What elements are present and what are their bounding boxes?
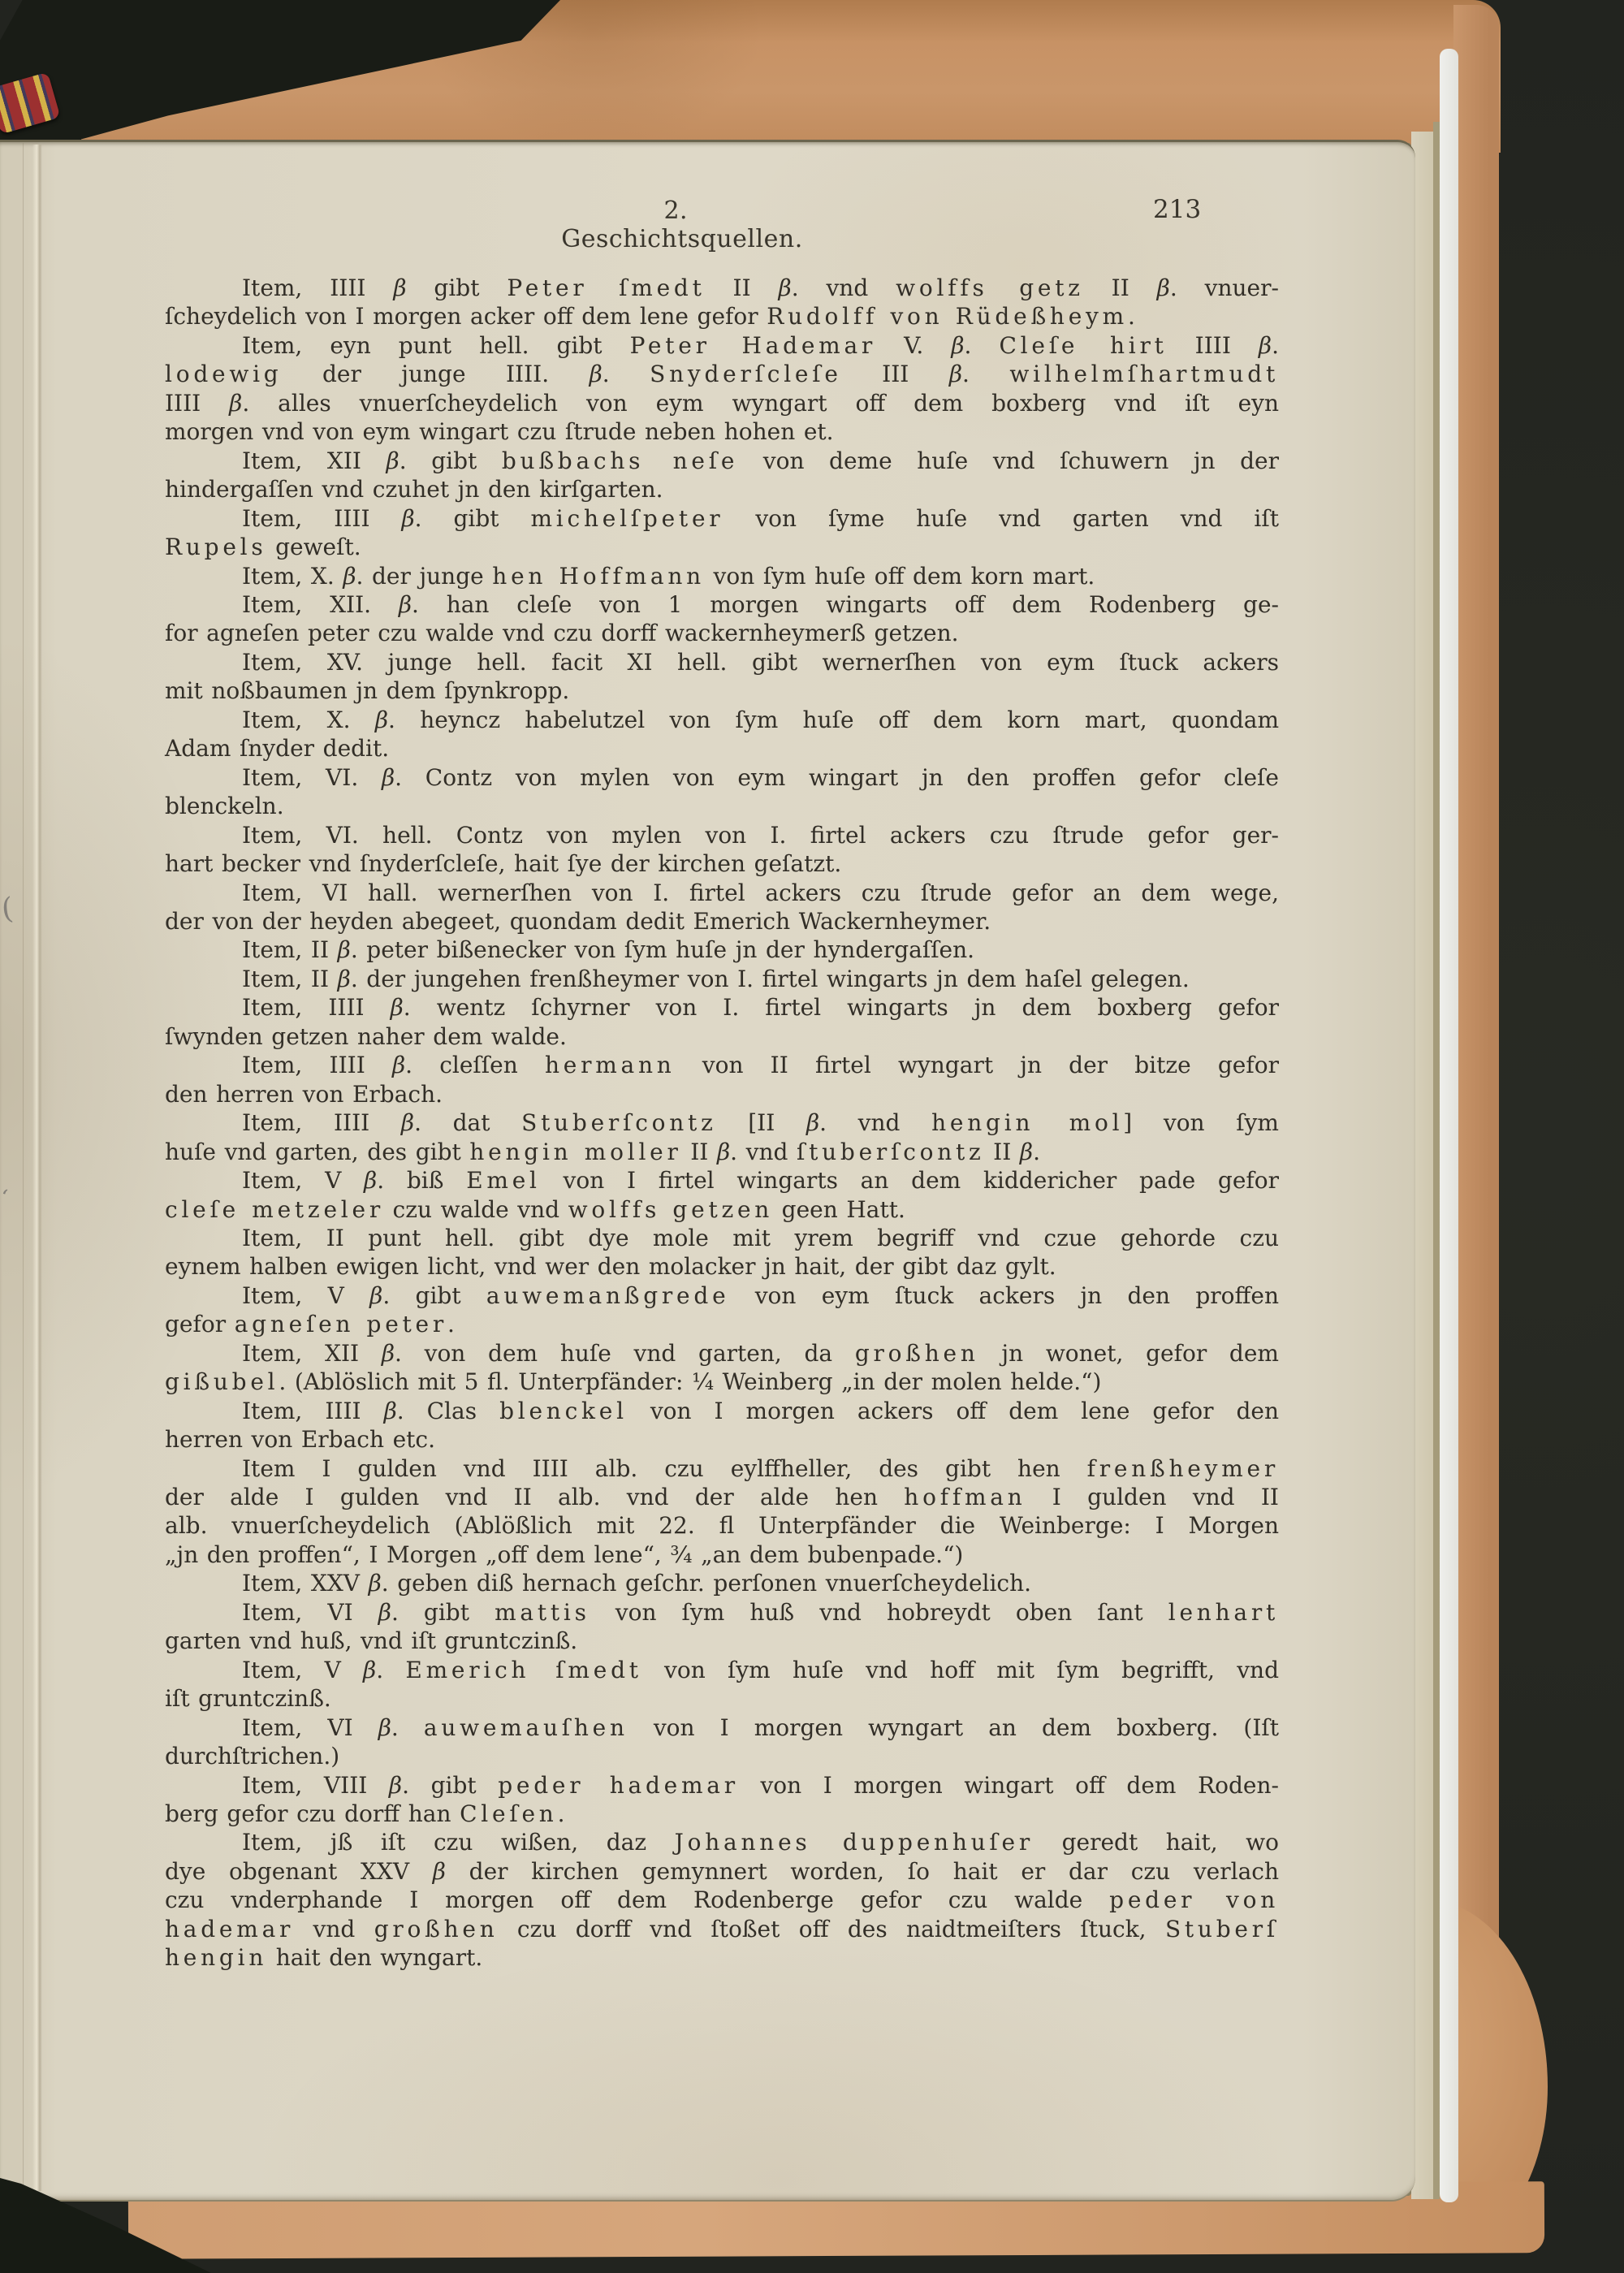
letterspaced-name: bußbachs neſe <box>502 447 738 474</box>
schilling-sign: β <box>375 707 388 733</box>
letterspaced-name: Johannes duppenhuſer <box>675 1829 1034 1856</box>
letterspaced-name: Stuberſ <box>1165 1916 1279 1942</box>
text-line: Item, XXV β. geben diß hernach geſchr. p… <box>165 1569 1279 1597</box>
running-head-section-title: 2. Geschichtsquellen. <box>560 197 804 253</box>
letterspaced-name: hengin <box>165 1944 267 1971</box>
text-line: hart becker vnd ſnyderſcleſe, hait ſye d… <box>165 849 1279 878</box>
text-line: Item, XII β. von dem huſe vnd garten, da… <box>165 1339 1279 1368</box>
text-line: Item, jß iſt czu wißen, daz Johannes dup… <box>165 1828 1279 1856</box>
schilling-sign: β <box>393 274 406 301</box>
schilling-sign: β <box>369 1570 382 1597</box>
text-line: blenckeln. <box>165 792 1279 820</box>
text-line: Item, VI. hell. Contz von mylen von I. f… <box>165 821 1279 849</box>
letterspaced-name: hen Hoffmann <box>492 563 705 590</box>
schilling-sign: β <box>378 1599 391 1626</box>
letterspaced-name: hoffman <box>904 1484 1026 1510</box>
letterspaced-name: mattis <box>495 1599 590 1626</box>
schilling-sign: β <box>382 764 395 791</box>
letterspaced-name: lenhart <box>1168 1599 1279 1626</box>
letterspaced-name: frenßheymer <box>1087 1455 1279 1482</box>
text-line: ſcheydelich von I morgen acker off dem l… <box>165 302 1279 331</box>
text-line: Item, IIII β. cleſſen hermann von II fir… <box>165 1051 1279 1079</box>
letterspaced-name: auwemanßgrede <box>486 1282 730 1309</box>
page-stack-edge-line <box>1433 122 1440 2199</box>
text-line: Item, XV. junge hell. facit XI hell. gib… <box>165 648 1279 676</box>
letterspaced-name: auwemauſhen <box>424 1714 628 1741</box>
letterspaced-name: großhen <box>374 1916 499 1942</box>
letterspaced-name: wilhelmſhartmudt <box>1009 361 1279 387</box>
text-line: dye obgenant XXV β der kirchen gemynnert… <box>165 1857 1279 1886</box>
text-line: hademar vnd großhen czu dorff vnd ſtoßet… <box>165 1915 1279 1943</box>
text-line: lodewig der junge IIII. β. Snyderſcleſe … <box>165 360 1279 388</box>
text-line: „jn den proffen“, I Morgen „off dem lene… <box>165 1541 1279 1569</box>
text-line: mit noßbaumen jn dem ſpynkropp. <box>165 676 1279 705</box>
text-line: Item, V β. gibt auwemanßgrede von eym ſt… <box>165 1281 1279 1310</box>
schilling-sign: β <box>779 274 792 301</box>
letterspaced-name: Rudolff von Rüdeßheym <box>767 303 1128 330</box>
text-line: Item, V β. Emerich ſmedt von ſym huſe vn… <box>165 1656 1279 1684</box>
schilling-sign: β <box>229 390 242 417</box>
text-line: Item, XII. β. han cleſe von 1 morgen win… <box>165 590 1279 619</box>
schilling-sign: β <box>1259 332 1272 359</box>
text-line: ſwynden getzen naher dem walde. <box>165 1022 1279 1051</box>
schilling-sign: β <box>392 1052 405 1078</box>
letterspaced-name: Peter Hademar <box>630 332 877 359</box>
text-line: durchſtrichen.) <box>165 1742 1279 1770</box>
schilling-sign: β <box>717 1139 730 1165</box>
letterspaced-name: Peter ſmedt <box>507 274 705 301</box>
schilling-sign: β <box>401 505 414 532</box>
letterspaced-name: wolffs getz <box>896 274 1084 301</box>
text-line: Item, eyn punt hell. gibt Peter Hademar … <box>165 331 1279 360</box>
letterspaced-name: cleſe metzeler <box>165 1196 384 1223</box>
schilling-sign: β <box>949 361 962 387</box>
schilling-sign: β <box>387 447 400 474</box>
letterspaced-name: Stuberſcontz <box>521 1109 716 1136</box>
text-line: Item, X. β. der junge hen Hoffmann von ſ… <box>165 562 1279 590</box>
text-line: Item, II β. peter bißenecker von ſym huſ… <box>165 936 1279 964</box>
text-line: Item, II β. der jungehen frenßheymer von… <box>165 965 1279 993</box>
schilling-sign: β <box>399 591 412 618</box>
text-line: alb. vnuerſcheydelich (Ablößlich mit 22.… <box>165 1511 1279 1540</box>
gutter-crease <box>32 145 42 2191</box>
text-line: Item, II punt hell. gibt dye mole mit yr… <box>165 1224 1279 1252</box>
letterspaced-name: peder von <box>1109 1886 1279 1913</box>
letterspaced-name: Cleſe hirt <box>999 332 1167 359</box>
text-line: Item, IIII β. gibt michelſpeter von ſyme… <box>165 504 1279 533</box>
text-line: herren von Erbach etc. <box>165 1425 1279 1454</box>
page-number: 213 <box>1153 195 1226 224</box>
schilling-sign: β <box>369 1282 382 1309</box>
letterspaced-name: michelſpeter <box>530 505 723 532</box>
text-line: eynem halben ewigen licht, vnd wer den m… <box>165 1252 1279 1281</box>
text-line: iſt gruntczinß. <box>165 1684 1279 1713</box>
text-line: Item, X. β. heyncz habelutzel von ſym hu… <box>165 706 1279 734</box>
schilling-sign: β <box>389 1772 402 1799</box>
letterspaced-name: agneſen peter <box>235 1311 447 1337</box>
schilling-sign: β <box>338 966 351 992</box>
schilling-sign: β <box>806 1109 819 1136</box>
letterspaced-name: Snyderſcleſe <box>650 361 842 387</box>
letterspaced-name: lodewig <box>165 361 282 387</box>
text-line: czu vnderphande I morgen off dem Rodenbe… <box>165 1886 1279 1914</box>
letterspaced-name: großhen <box>855 1340 979 1367</box>
letterspaced-name: hengin mol <box>931 1109 1123 1136</box>
text-line: Item, XII β. gibt bußbachs neſe von deme… <box>165 447 1279 475</box>
text-line: huſe vnd garten, des gibt hengin moller … <box>165 1138 1279 1166</box>
schilling-sign: β <box>384 1398 397 1424</box>
letterspaced-name: Cleſen <box>460 1800 557 1827</box>
letterspaced-name: Emel <box>466 1167 541 1194</box>
text-line: Item, VI hall. wernerſhen von I. firtel … <box>165 879 1279 907</box>
schilling-sign: β <box>433 1858 446 1885</box>
text-line: berg gefor czu dorff han Cleſen. <box>165 1800 1279 1828</box>
schilling-sign: β <box>391 994 404 1021</box>
text-line: Item, IIII β. dat Stuberſcontz [II β. vn… <box>165 1108 1279 1137</box>
text-line: cleſe metzeler czu walde vnd wolffs getz… <box>165 1195 1279 1224</box>
text-line: Item, VIII β. gibt peder hademar von I m… <box>165 1771 1279 1800</box>
text-line: Adam ſnyder dedit. <box>165 734 1279 763</box>
text-line: der alde I gulden vnd II alb. vnd der al… <box>165 1483 1279 1511</box>
text-line: Item, VI β. gibt mattis von ſym huß vnd … <box>165 1598 1279 1627</box>
text-line: Item I gulden vnd IIII alb. czu eylffhel… <box>165 1454 1279 1483</box>
letterspaced-name: blenckel <box>499 1398 628 1424</box>
text-line: IIII β. alles vnuerſcheydelich von eym w… <box>165 389 1279 417</box>
text-line: Item, IIII β gibt Peter ſmedt II β. vnd … <box>165 274 1279 302</box>
text-line: morgen vnd von eym wingart czu ſtrude ne… <box>165 417 1279 446</box>
letterspaced-name: hermann <box>545 1052 676 1078</box>
text-line: for agneſen peter czu walde vnd czu dorf… <box>165 619 1279 647</box>
scanned-book-photo: { "header": { "section_title": "2.\u2002… <box>0 0 1624 2273</box>
letterspaced-name: Emerich ſmedt <box>405 1657 641 1683</box>
text-line: Item, IIII β. wentz ſchyrner von I. firt… <box>165 993 1279 1022</box>
letterspaced-name: hademar <box>165 1916 294 1942</box>
page-fold-line <box>23 143 24 2191</box>
letterspaced-name: gißubel <box>165 1368 279 1395</box>
schilling-sign: β <box>590 361 603 387</box>
text-line: der von der heyden abegeet, quondam dedi… <box>165 907 1279 936</box>
text-line: Item, VI. β. Contz von mylen von eym win… <box>165 763 1279 792</box>
schilling-sign: β <box>364 1167 377 1194</box>
schilling-sign: β <box>382 1340 395 1367</box>
text-line: gißubel. (Ablöslich mit 5 fl. Unterpfänd… <box>165 1368 1279 1396</box>
letterspaced-name: peder hademar <box>498 1772 739 1799</box>
schilling-sign: β <box>1020 1139 1033 1165</box>
schilling-sign: β <box>1157 274 1170 301</box>
page-stack-white-edge <box>1440 49 1458 2202</box>
text-line: hengin hait den wyngart. <box>165 1943 1279 1972</box>
schilling-sign: β <box>378 1714 391 1741</box>
text-line: Item, VI β. auwemauſhen von I morgen wyn… <box>165 1713 1279 1742</box>
letterspaced-name: Rupels <box>165 534 267 560</box>
body-text-block: Item, IIII β gibt Peter ſmedt II β. vnd … <box>165 274 1279 1973</box>
schilling-sign: β <box>951 332 964 359</box>
text-line: Item, IIII β. Clas blenckel von I morgen… <box>165 1397 1279 1425</box>
letterspaced-name: ſtuberſcontz <box>797 1139 985 1165</box>
schilling-sign: β <box>338 936 351 963</box>
text-line: gefor agneſen peter. <box>165 1310 1279 1338</box>
leather-cover-right-edge <box>1453 5 1499 2232</box>
schilling-sign: β <box>401 1109 414 1136</box>
text-line: hindergaſſen vnd czuhet jn den kirſgarte… <box>165 475 1279 503</box>
text-line: Rupels geweſt. <box>165 533 1279 561</box>
letterspaced-name: hengin moller <box>469 1139 681 1165</box>
schilling-sign: β <box>343 563 356 590</box>
text-line: Item, V β. biß Emel von I firtel wingart… <box>165 1166 1279 1195</box>
text-line: den herren von Erbach. <box>165 1080 1279 1108</box>
schilling-sign: β <box>363 1657 376 1683</box>
text-line: garten vnd huß, vnd iſt gruntczinß. <box>165 1627 1279 1655</box>
letterspaced-name: wolffs getzen <box>568 1196 773 1223</box>
